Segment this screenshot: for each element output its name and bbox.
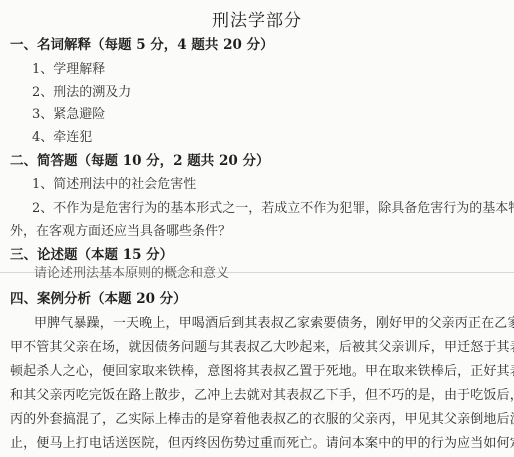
section-2-item-1: 1、简述刑法中的社会危害性	[32, 177, 196, 193]
page-title: 刑法学部分	[0, 6, 514, 31]
case-line-2: 甲不管其父亲在场，就因债务问题与其表叔乙大吵起来，后被其父亲训斥，甲迁怒于其表叔…	[10, 340, 514, 356]
exam-page: 刑法学部分 一、名词解释（每题 5 分，4 题共 20 分） 1、学理解释 2、…	[0, 0, 514, 457]
section-heading-4: 四、案例分析（本题 20 分）	[10, 291, 187, 307]
case-line-1: 甲脾气暴躁，一天晚上，甲喝酒后到其表叔乙家索要债务，刚好甲的父亲丙正在乙家做客，	[34, 316, 514, 332]
section-heading-2: 二、简答题（每题 10 分，2 题共 20 分）	[10, 153, 269, 169]
section-2-item-2-cont: 外，在客观方面还应当具备哪些条件？	[10, 224, 231, 240]
section-1-item-4: 4、牵连犯	[32, 130, 92, 146]
case-line-3: 顿起杀人之心，便回家取来铁棒，意图将其表叔乙置于死地。甲在取来铁棒后，正好其表叔…	[10, 364, 514, 380]
section-heading-3: 三、论述题（本题 15 分）	[10, 247, 173, 263]
case-line-5: 丙的外套搞混了，乙实际上棒击的是穿着他表叔乙的衣服的父亲丙，甲见其父亲倒地后流血…	[10, 412, 514, 428]
case-line-6: 止，便马上打电话送医院，但丙终因伤势过重而死亡。请问本案中的甲的行为应当如何定性…	[10, 436, 514, 452]
section-1-item-1: 1、学理解释	[32, 62, 105, 78]
section-3-item-1: 请论述刑法基本原则的概念和意义	[34, 266, 229, 282]
section-1-item-3: 3、紧急避险	[32, 107, 105, 123]
section-heading-1: 一、名词解释（每题 5 分，4 题共 20 分）	[10, 37, 274, 53]
case-line-4: 和其父亲丙吃完饭在路上散步，乙冲上去就对其表叔乙下手，但不巧的是，由于吃饭后，乙…	[10, 388, 514, 404]
section-2-item-2: 2、不作为是危害行为的基本形式之一，若成立不作为犯罪，除具备危害行为的基本特征	[32, 201, 514, 217]
section-1-item-2: 2、刑法的溯及力	[32, 85, 131, 101]
